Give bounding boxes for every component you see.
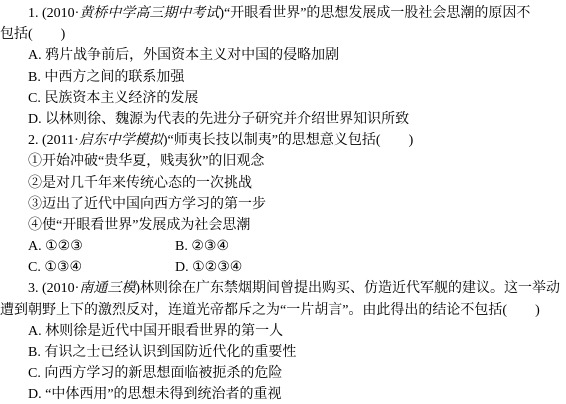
q1-stem-line2: 包括( ) (0, 24, 566, 45)
q1-source: 黄桥中学高三期中考试 (79, 6, 219, 21)
q3-option-c: C. 向西方学习的新思想面临被扼杀的危险 (0, 363, 566, 384)
q2-option-row-ab: A. ①②③B. ②③④ (0, 236, 566, 257)
q1-option-a: A. 鸦片战争前后，外国资本主义对中国的侵略加剧 (0, 45, 566, 66)
q2-option-b: B. ②③④ (175, 239, 229, 254)
q3-stem-line1: 3. (2010·南通三模)林则徐在广东禁烟期间曾提出购买、仿造近代军舰的建议。… (0, 278, 566, 299)
q3-number-prefix: 3. (2010· (28, 281, 79, 296)
exam-document: 1. (2010·黄桥中学高三期中考试)“开眼看世界”的思想发展成一股社会思潮的… (0, 0, 566, 404)
q3-stem-line2: 遭到朝野上下的激烈反对，连道光帝都斥之为“一片胡言”。由此得出的结论不包括( ) (0, 300, 566, 321)
q3-stem-continued: 遭到朝野上下的激烈反对，连道光帝都斥之为“一片胡言”。由此得出的结论不包括( ) (0, 303, 540, 318)
q2-item-2: ②是对几千年来传统心态的一次挑战 (0, 173, 566, 194)
q2-stem-line: 2. (2011·启东中学模拟)“师夷长技以制夷”的思想意义包括( ) (0, 130, 566, 151)
q2-stem-text: “师夷长技以制夷”的思想意义包括( ) (167, 133, 413, 148)
q2-item-2-text: ②是对几千年来传统心态的一次挑战 (28, 176, 252, 191)
q1-option-d: D. 以林则徐、魏源为代表的先进分子研究并介绍世界知识所致 (0, 109, 566, 130)
q1-option-b: B. 中西方之间的联系加强 (0, 67, 566, 88)
q2-item-3-text: ③迈出了近代中国向西方学习的第一步 (28, 197, 266, 212)
q3-option-d-text: D. “中体西用”的思想未得到统治者的重视 (28, 387, 282, 402)
q2-option-a: A. ①②③ (28, 236, 175, 257)
q2-option-d: D. ①②③④ (175, 260, 242, 275)
q1-option-d-text: D. 以林则徐、魏源为代表的先进分子研究并介绍世界知识所致 (28, 112, 409, 127)
q1-option-b-text: B. 中西方之间的联系加强 (28, 70, 184, 85)
q1-option-a-text: A. 鸦片战争前后，外国资本主义对中国的侵略加剧 (28, 48, 339, 63)
q3-option-d: D. “中体西用”的思想未得到统治者的重视 (0, 384, 566, 404)
q3-option-a: A. 林则徐是近代中国开眼看世界的第一人 (0, 321, 566, 342)
q2-item-1-text: ①开始冲破“贵华夏，贱夷狄”的旧观念 (28, 154, 264, 169)
q2-item-1: ①开始冲破“贵华夏，贱夷狄”的旧观念 (0, 151, 566, 172)
q3-option-c-text: C. 向西方学习的新思想面临被扼杀的危险 (28, 366, 282, 381)
q2-item-3: ③迈出了近代中国向西方学习的第一步 (0, 194, 566, 215)
q2-number-prefix: 2. (2011· (28, 133, 79, 148)
q1-option-c: C. 民族资本主义经济的发展 (0, 88, 566, 109)
q3-option-a-text: A. 林则徐是近代中国开眼看世界的第一人 (28, 324, 283, 339)
q2-option-c: C. ①③④ (28, 257, 175, 278)
q3-source: 南通三模 (79, 281, 135, 296)
q2-option-row-cd: C. ①③④D. ①②③④ (0, 257, 566, 278)
q1-stem-continued: 包括( ) (0, 27, 65, 42)
q1-number-prefix: 1. (2010· (28, 6, 79, 21)
q1-option-c-text: C. 民族资本主义经济的发展 (28, 91, 198, 106)
q2-source: 启东中学模拟 (79, 133, 163, 148)
q1-stem-text: “开眼看世界”的思想发展成一股社会思潮的原因不 (224, 6, 530, 21)
q1-stem-line1: 1. (2010·黄桥中学高三期中考试)“开眼看世界”的思想发展成一股社会思潮的… (0, 3, 566, 24)
q3-stem-text: 林则徐在广东禁烟期间曾提出购买、仿造近代军舰的建议。这一举动 (140, 281, 560, 296)
q2-item-4-text: ④使“开眼看世界”发展成为社会思潮 (28, 218, 250, 233)
q2-item-4: ④使“开眼看世界”发展成为社会思潮 (0, 215, 566, 236)
q3-option-b-text: B. 有识之士已经认识到国防近代化的重要性 (28, 345, 296, 360)
q3-option-b: B. 有识之士已经认识到国防近代化的重要性 (0, 342, 566, 363)
